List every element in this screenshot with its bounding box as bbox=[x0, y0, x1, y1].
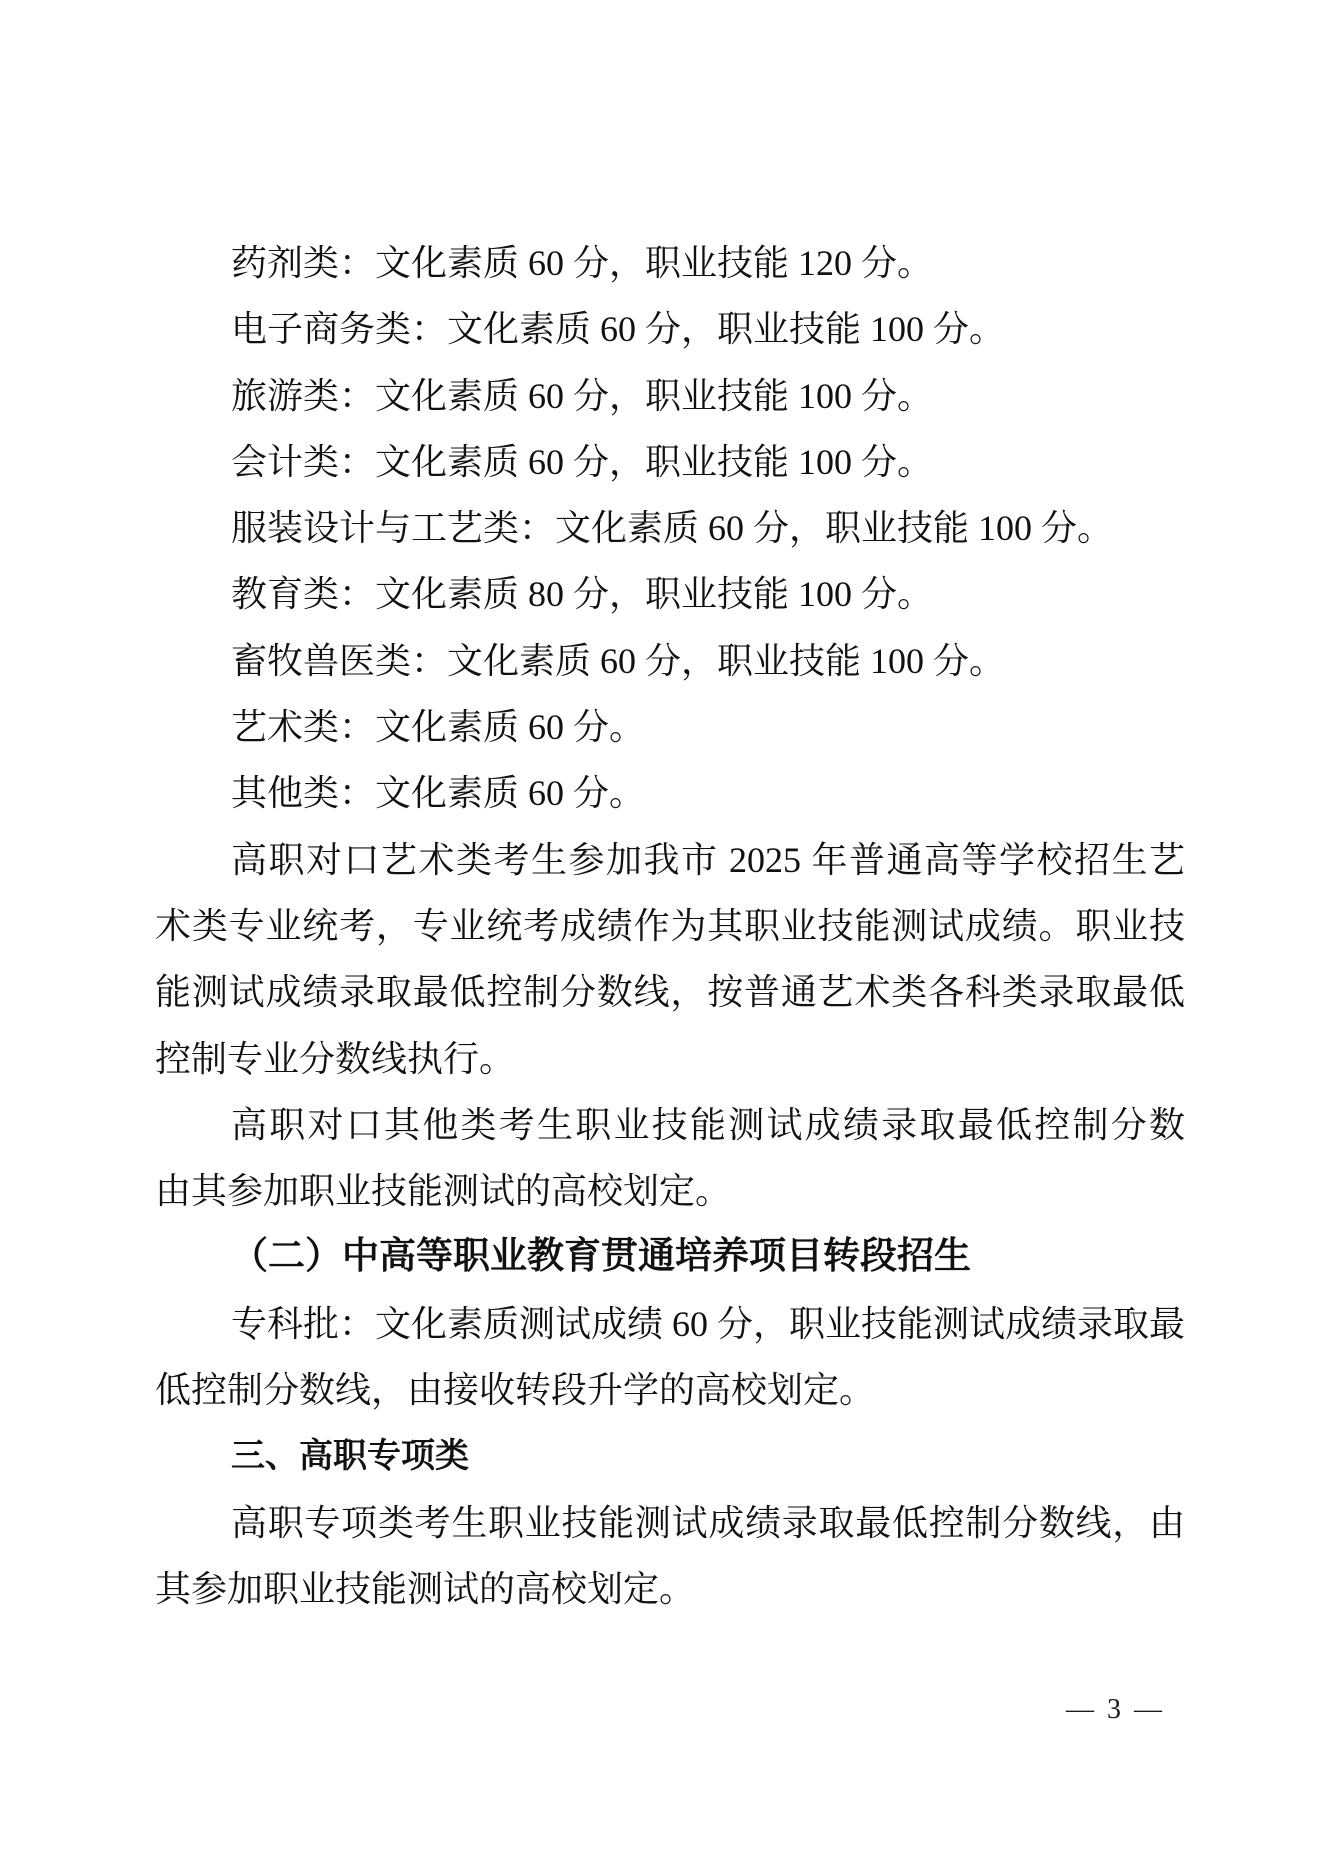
document-line: 高职对口艺术类考生参加我市 2025 年普通高等学校招生艺 bbox=[155, 827, 1185, 893]
page-number: — 3 — bbox=[1066, 1694, 1165, 1726]
document-line: 教育类：文化素质 80 分，职业技能 100 分。 bbox=[155, 561, 1185, 627]
document-line: 低控制分数线，由接收转段升学的高校划定。 bbox=[155, 1357, 1185, 1423]
section-heading: （二）中高等职业教育贯通培养项目转段招生 bbox=[155, 1224, 1185, 1290]
document-line: 专科批：文化素质测试成绩 60 分，职业技能测试成绩录取最 bbox=[155, 1291, 1185, 1357]
document-line: 艺术类：文化素质 60 分。 bbox=[155, 694, 1185, 760]
document-line: 控制专业分数线执行。 bbox=[155, 1026, 1185, 1092]
document-line: 药剂类：文化素质 60 分，职业技能 120 分。 bbox=[155, 230, 1185, 296]
document-line: 畜牧兽医类：文化素质 60 分，职业技能 100 分。 bbox=[155, 628, 1185, 694]
document-line: 高职对口其他类考生职业技能测试成绩录取最低控制分数线， bbox=[155, 1092, 1185, 1158]
document-line: 高职专项类考生职业技能测试成绩录取最低控制分数线，由 bbox=[155, 1490, 1185, 1556]
document-line: 会计类：文化素质 60 分，职业技能 100 分。 bbox=[155, 429, 1185, 495]
document-content: 药剂类：文化素质 60 分，职业技能 120 分。电子商务类：文化素质 60 分… bbox=[155, 230, 1185, 1622]
document-line: 由其参加职业技能测试的高校划定。 bbox=[155, 1158, 1185, 1224]
document-line: 旅游类：文化素质 60 分，职业技能 100 分。 bbox=[155, 363, 1185, 429]
section-heading: 三、高职专项类 bbox=[155, 1423, 1185, 1489]
document-line: 其他类：文化素质 60 分。 bbox=[155, 760, 1185, 826]
document-line: 电子商务类：文化素质 60 分，职业技能 100 分。 bbox=[155, 296, 1185, 362]
document-line: 能测试成绩录取最低控制分数线，按普通艺术类各科类录取最低 bbox=[155, 959, 1185, 1025]
document-line: 其参加职业技能测试的高校划定。 bbox=[155, 1556, 1185, 1622]
document-line: 服装设计与工艺类：文化素质 60 分，职业技能 100 分。 bbox=[155, 495, 1185, 561]
document-line: 术类专业统考，专业统考成绩作为其职业技能测试成绩。职业技 bbox=[155, 893, 1185, 959]
document-page: 药剂类：文化素质 60 分，职业技能 120 分。电子商务类：文化素质 60 分… bbox=[0, 0, 1323, 1871]
